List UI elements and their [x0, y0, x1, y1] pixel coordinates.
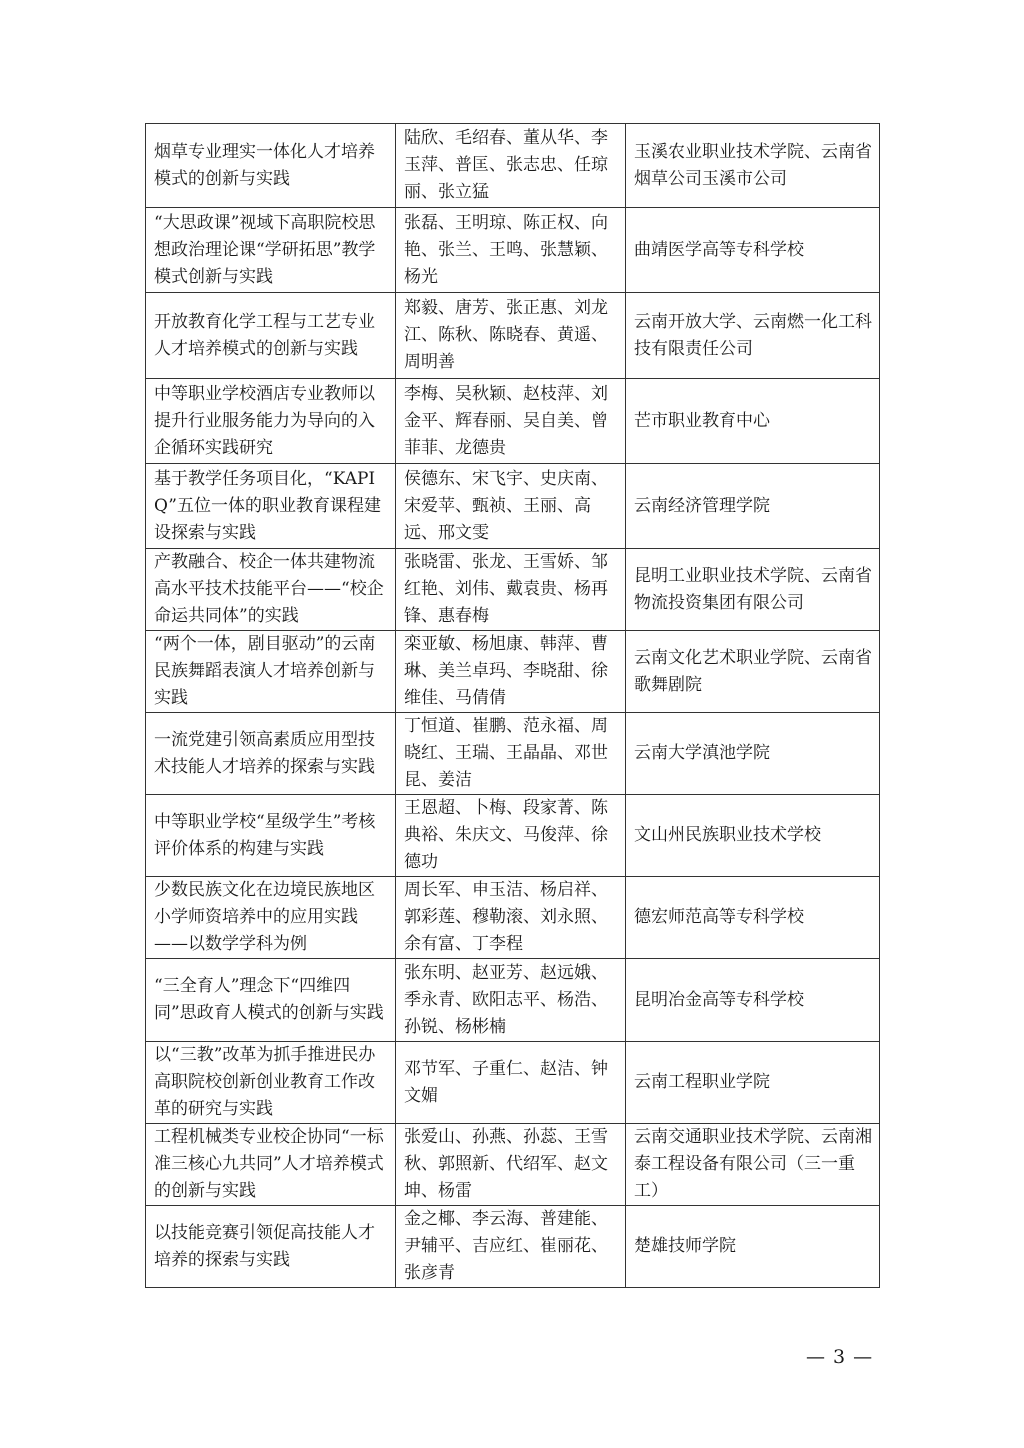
table-row: 以“三教”改革为抓手推进民办高职院校创新创业教育工作改革的研究与实践邓节军、子重… [146, 1042, 880, 1124]
members-cell: 王恩超、卜梅、段家菁、陈典裕、朱庆文、马俊萍、徐德功 [396, 795, 626, 877]
project-title-cell: 中等职业学校酒店专业教师以提升行业服务能力为导向的入企循环实践研究 [146, 379, 396, 464]
document-page: 烟草专业理实一体化人才培养模式的创新与实践陆欣、毛绍春、董从华、李玉萍、普匡、张… [0, 0, 1024, 1448]
project-title-cell: “两个一体，剧目驱动”的云南民族舞蹈表演人才培养创新与实践 [146, 631, 396, 713]
project-title-cell: 烟草专业理实一体化人才培养模式的创新与实践 [146, 124, 396, 208]
table-row: “大思政课”视域下高职院校思想政治理论课“学研拓思”教学模式创新与实践张磊、王明… [146, 208, 880, 293]
institution-cell: 云南大学滇池学院 [626, 713, 880, 795]
table-row: 少数民族文化在边境民族地区小学师资培养中的应用实践——以数学学科为例周长军、申玉… [146, 877, 880, 959]
institution-cell: 玉溪农业职业技术学院、云南省烟草公司玉溪市公司 [626, 124, 880, 208]
project-title-cell: 工程机械类专业校企协同“一标准三核心九共同”人才培养模式的创新与实践 [146, 1124, 396, 1206]
members-cell: 李梅、吴秋颖、赵枝萍、刘金平、辉春丽、吴自美、曾菲菲、龙德贵 [396, 379, 626, 464]
members-cell: 陆欣、毛绍春、董从华、李玉萍、普匡、张志忠、任琼丽、张立猛 [396, 124, 626, 208]
table-row: 开放教育化学工程与工艺专业人才培养模式的创新与实践郑毅、唐芳、张正惠、刘龙江、陈… [146, 293, 880, 379]
award-table: 烟草专业理实一体化人才培养模式的创新与实践陆欣、毛绍春、董从华、李玉萍、普匡、张… [145, 123, 880, 1288]
members-cell: 张晓雷、张龙、王雪娇、邹红艳、刘伟、戴袁贵、杨再锋、惠春梅 [396, 549, 626, 631]
table-row: 以技能竞赛引领促高技能人才培养的探索与实践金之椰、李云海、普建能、尹辅平、吉应红… [146, 1206, 880, 1288]
table-row: “两个一体，剧目驱动”的云南民族舞蹈表演人才培养创新与实践栾亚敏、杨旭康、韩萍、… [146, 631, 880, 713]
institution-cell: 昆明工业职业技术学院、云南省物流投资集团有限公司 [626, 549, 880, 631]
table-row: 中等职业学校“星级学生”考核评价体系的构建与实践王恩超、卜梅、段家菁、陈典裕、朱… [146, 795, 880, 877]
members-cell: 郑毅、唐芳、张正惠、刘龙江、陈秋、陈晓春、黄遥、周明善 [396, 293, 626, 379]
project-title-cell: 以“三教”改革为抓手推进民办高职院校创新创业教育工作改革的研究与实践 [146, 1042, 396, 1124]
table-row: 中等职业学校酒店专业教师以提升行业服务能力为导向的入企循环实践研究李梅、吴秋颖、… [146, 379, 880, 464]
institution-cell: 云南文化艺术职业学院、云南省歌舞剧院 [626, 631, 880, 713]
table-row: 烟草专业理实一体化人才培养模式的创新与实践陆欣、毛绍春、董从华、李玉萍、普匡、张… [146, 124, 880, 208]
table-row: 产教融合、校企一体共建物流高水平技术技能平台——“校企命运共同体”的实践张晓雷、… [146, 549, 880, 631]
members-cell: 周长军、申玉洁、杨启祥、郭彩莲、穆勒滚、刘永照、余有富、丁李程 [396, 877, 626, 959]
institution-cell: 芒市职业教育中心 [626, 379, 880, 464]
members-cell: 侯德东、宋飞宇、史庆南、宋爱苹、甄祯、王丽、高远、邢文雯 [396, 464, 626, 549]
table-row: 基于教学任务项目化，“KAPIQ”五位一体的职业教育课程建设探索与实践侯德东、宋… [146, 464, 880, 549]
page-number: — 3 — [806, 1346, 873, 1368]
project-title-cell: 开放教育化学工程与工艺专业人才培养模式的创新与实践 [146, 293, 396, 379]
project-title-cell: 中等职业学校“星级学生”考核评价体系的构建与实践 [146, 795, 396, 877]
members-cell: 张爱山、孙燕、孙蕊、王雪秋、郭照新、代绍军、赵文坤、杨雷 [396, 1124, 626, 1206]
table-row: 一流党建引领高素质应用型技术技能人才培养的探索与实践丁恒道、崔鹏、范永福、周晓红… [146, 713, 880, 795]
project-title-cell: 以技能竞赛引领促高技能人才培养的探索与实践 [146, 1206, 396, 1288]
table-row: “三全育人”理念下“四维四同”思政育人模式的创新与实践张东明、赵亚芳、赵远娥、季… [146, 959, 880, 1042]
institution-cell: 楚雄技师学院 [626, 1206, 880, 1288]
institution-cell: 云南经济管理学院 [626, 464, 880, 549]
table-row: 工程机械类专业校企协同“一标准三核心九共同”人才培养模式的创新与实践张爱山、孙燕… [146, 1124, 880, 1206]
project-title-cell: “三全育人”理念下“四维四同”思政育人模式的创新与实践 [146, 959, 396, 1042]
members-cell: 栾亚敏、杨旭康、韩萍、曹琳、美兰卓玛、李晓甜、徐维佳、马倩倩 [396, 631, 626, 713]
members-cell: 邓节军、子重仁、赵洁、钟文媚 [396, 1042, 626, 1124]
institution-cell: 文山州民族职业技术学校 [626, 795, 880, 877]
institution-cell: 曲靖医学高等专科学校 [626, 208, 880, 293]
project-title-cell: 基于教学任务项目化，“KAPIQ”五位一体的职业教育课程建设探索与实践 [146, 464, 396, 549]
members-cell: 丁恒道、崔鹏、范永福、周晓红、王瑞、王晶晶、邓世昆、姜洁 [396, 713, 626, 795]
members-cell: 金之椰、李云海、普建能、尹辅平、吉应红、崔丽花、张彦青 [396, 1206, 626, 1288]
project-title-cell: 一流党建引领高素质应用型技术技能人才培养的探索与实践 [146, 713, 396, 795]
members-cell: 张东明、赵亚芳、赵远娥、季永青、欧阳志平、杨浩、孙锐、杨彬楠 [396, 959, 626, 1042]
institution-cell: 云南开放大学、云南燃一化工科技有限责任公司 [626, 293, 880, 379]
institution-cell: 昆明冶金高等专科学校 [626, 959, 880, 1042]
project-title-cell: 少数民族文化在边境民族地区小学师资培养中的应用实践——以数学学科为例 [146, 877, 396, 959]
project-title-cell: “大思政课”视域下高职院校思想政治理论课“学研拓思”教学模式创新与实践 [146, 208, 396, 293]
institution-cell: 云南工程职业学院 [626, 1042, 880, 1124]
project-title-cell: 产教融合、校企一体共建物流高水平技术技能平台——“校企命运共同体”的实践 [146, 549, 396, 631]
institution-cell: 云南交通职业技术学院、云南湘泰工程设备有限公司（三一重工） [626, 1124, 880, 1206]
institution-cell: 德宏师范高等专科学校 [626, 877, 880, 959]
members-cell: 张磊、王明琼、陈正权、向艳、张兰、王鸣、张慧颖、杨光 [396, 208, 626, 293]
